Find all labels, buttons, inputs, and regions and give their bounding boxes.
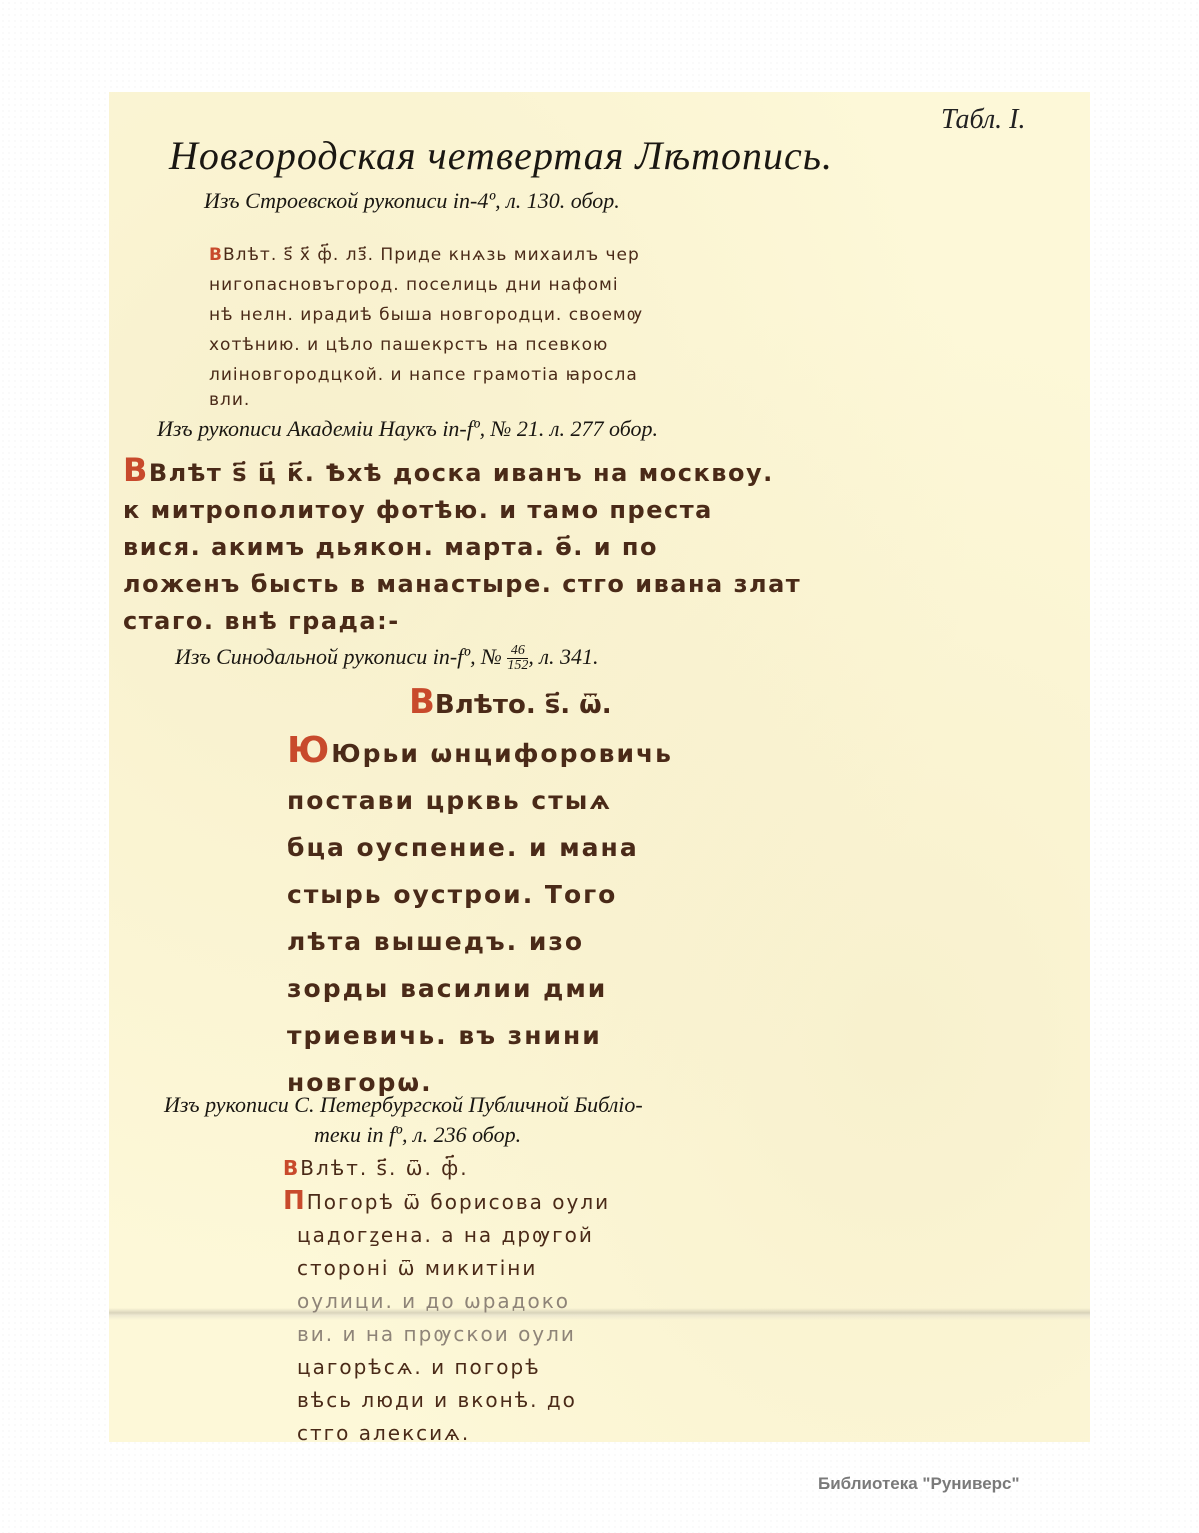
text-line: оулици. и до ѡрадоко	[283, 1285, 610, 1318]
text-line: ложенъ бысть в манастыре. стго ивана зла…	[123, 566, 801, 603]
text-line: ППогорѣ ѿ борисова оули	[283, 1185, 610, 1219]
source-fraction: 46 152	[507, 644, 528, 673]
text-line: вѣсь люди и вконѣ. до	[283, 1384, 610, 1417]
text-line: ВВлѣт ѕ҃ ц҃ к҃. Ѣхѣ доска иванъ на москв…	[123, 452, 801, 492]
rubric-initial: В	[283, 1156, 300, 1180]
text-line: ВВлѣт. ѕ҃. ѿ. ф҃.	[283, 1152, 610, 1185]
section-4-source-line-2: теки in fº, л. 236 обор.	[314, 1122, 521, 1148]
section-1-text: ВВлѣт. ѕ҃ х҃ ф҃. лз҃. Приде кнѧзь михаил…	[209, 240, 643, 410]
section-3-source: Изъ Синодальной рукописи in-fº, № 46 152…	[175, 644, 598, 673]
rubric-initial: В	[123, 451, 149, 489]
rubric-initial: В	[209, 245, 223, 265]
rubric-initial: Ю	[287, 730, 331, 771]
text-line: ВВлѣт. ѕ҃ х҃ ф҃. лз҃. Приде кнѧзь михаил…	[209, 240, 643, 270]
rubric-initial: В	[409, 682, 435, 722]
plate-label: Табл. I.	[941, 104, 1025, 136]
text-line: нѣ нелн. ирадиѣ быша новгородци. своемѹ	[209, 300, 643, 330]
text-line: лиіновгородцкой. и напсе грамотіа ꙗросла	[209, 360, 643, 390]
text-line: стго алексиѧ.	[283, 1417, 610, 1450]
section-3-text: ЮЮрьи ѡнцифоровичь постави црквь стыѧ бц…	[287, 727, 673, 1106]
manuscript-plate: Табл. I. Новгородская четвертая Лѣтопись…	[109, 92, 1090, 1442]
text-line: цадогꙁена. а на дрѹгой	[283, 1219, 610, 1252]
text-line: стороні ѿ микитіни	[283, 1252, 610, 1285]
text-line: зорды василии дми	[287, 965, 673, 1012]
page-title: Новгородская четвертая Лѣтопись.	[169, 132, 833, 179]
section-3-heading: ВВлѣто. ѕ҃. ѿ.	[409, 682, 612, 722]
section-1-source: Изъ Строевской рукописи in-4º, л. 130. о…	[204, 188, 620, 214]
text-line: лѣта вышедъ. изо	[287, 918, 673, 965]
text-line: стырь оустрои. Того	[287, 871, 673, 918]
text-line: бца оуспение. и мана	[287, 824, 673, 871]
text-line: ЮЮрьи ѡнцифоровичь	[287, 727, 673, 777]
text-line: хотѣнию. и цѣло пашекрстъ на псевкою	[209, 330, 643, 360]
text-line: триевичь. въ знини	[287, 1012, 673, 1059]
text-line: цагорѣсѧ. и погорѣ	[283, 1351, 610, 1384]
library-caption: Библиотека "Руниверс"	[818, 1474, 1020, 1494]
section-2-text: ВВлѣт ѕ҃ ц҃ к҃. Ѣхѣ доска иванъ на москв…	[123, 452, 801, 640]
text-line: к митрополитоу фотѣю. и тамо преста	[123, 492, 801, 529]
text-line: вли.	[209, 390, 643, 410]
text-line: вися. акимъ дьякон. марта. ѳ҃. и по	[123, 529, 801, 566]
section-4-text: ВВлѣт. ѕ҃. ѿ. ф҃. ППогорѣ ѿ борисова оул…	[283, 1152, 610, 1450]
text-line: стагo. внѣ града:-	[123, 603, 801, 640]
section-4-source-line-1: Изъ рукописи С. Петербургской Публичной …	[164, 1092, 643, 1118]
text-line: ви. и на прѹскои оули	[283, 1318, 610, 1351]
rubric-initial: П	[283, 1186, 307, 1216]
section-2-source: Изъ рукописи Академіи Наукъ in-fº, № 21.…	[157, 416, 658, 442]
text-line: постави црквь стыѧ	[287, 777, 673, 824]
text-line: нигопасновъгород. поселиць дни нафомі	[209, 270, 643, 300]
